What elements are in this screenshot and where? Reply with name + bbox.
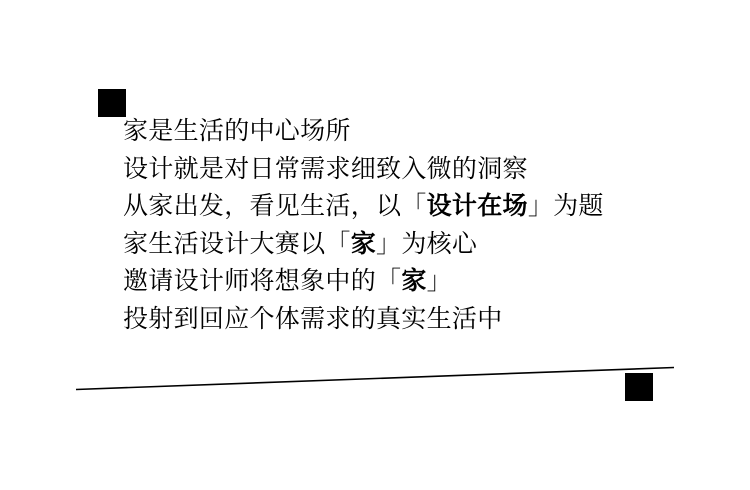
poster-canvas: 家是生活的中心场所 设计就是对日常需求细致入微的洞察 从家出发，看见生活，以「设… xyxy=(0,0,750,490)
slanted-divider-line xyxy=(0,0,750,490)
decorative-square-bottom-right xyxy=(625,373,653,401)
